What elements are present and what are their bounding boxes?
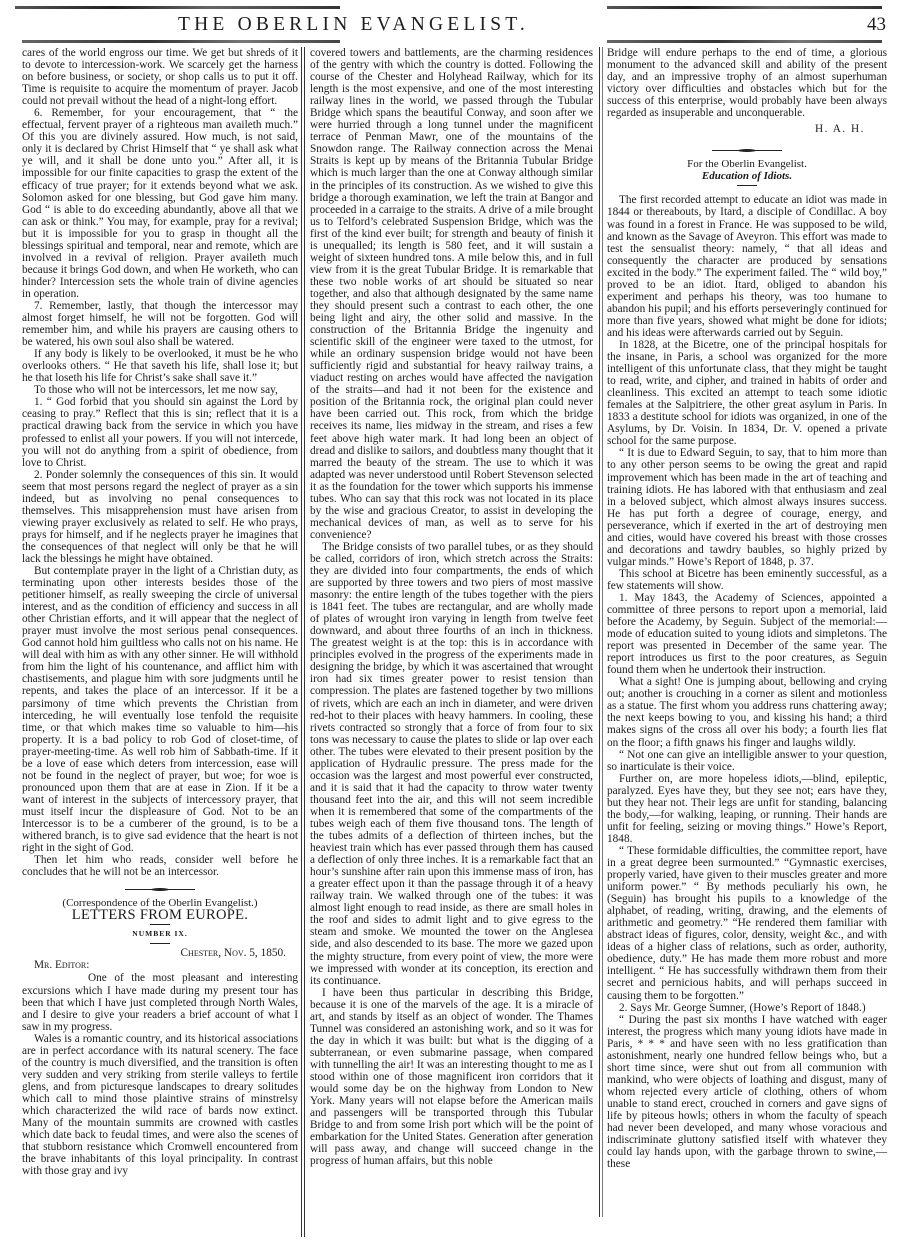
letter-dateline: Chester, Nov. 5, 1850. bbox=[22, 947, 298, 959]
article-paragraph: “ Not one can give an intelligible answe… bbox=[607, 749, 887, 773]
masthead-top-rule-right bbox=[607, 6, 882, 9]
letter-paragraph: Bridge will endure perhaps to the end of… bbox=[607, 47, 887, 119]
dateline-text: Chester, Nov. 5, 1850. bbox=[181, 947, 286, 959]
article-paragraph: Then let him who reads, consider well be… bbox=[22, 854, 298, 878]
article-paragraph: “ These formidable difficulties, the com… bbox=[607, 845, 887, 1002]
short-rule bbox=[150, 924, 170, 925]
column-3: Bridge will endure perhaps to the end of… bbox=[607, 47, 887, 1170]
article-paragraph: “ It is due to Edward Seguin, to say, th… bbox=[607, 447, 887, 567]
article-paragraph: 2. Says Mr. George Sumner, (Howe’s Repor… bbox=[607, 1002, 887, 1014]
section-ornament-rule bbox=[125, 888, 195, 891]
article-paragraph: 6. Remember, for your encouragement, tha… bbox=[22, 107, 298, 300]
column-divider bbox=[301, 47, 302, 1237]
letter-paragraph: Wales is a romantic country, and its his… bbox=[22, 1033, 298, 1178]
short-rule bbox=[150, 943, 170, 944]
article-paragraph: 2. Ponder solemnly the consequences of t… bbox=[22, 469, 298, 565]
masthead: THE OBERLIN EVANGELIST. 43 bbox=[0, 14, 900, 36]
article-heading: Education of Idiots. bbox=[607, 170, 887, 182]
article-paragraph: This school at Bicetre has been eminentl… bbox=[607, 568, 887, 592]
letter-paragraph: One of the most pleasant and interesting… bbox=[22, 972, 298, 1032]
article-paragraph: In 1828, at the Bicetre, one of the prin… bbox=[607, 339, 887, 447]
page-number: 43 bbox=[867, 14, 886, 36]
column-1: cares of the world engross our time. We … bbox=[22, 47, 298, 1177]
section-ornament-rule bbox=[712, 149, 782, 152]
article-source-line: For the Oberlin Evangelist. bbox=[607, 158, 887, 170]
masthead-bottom-rule-right bbox=[607, 40, 882, 43]
newspaper-page: THE OBERLIN EVANGELIST. 43 cares of the … bbox=[0, 0, 900, 1250]
publication-title: THE OBERLIN EVANGELIST. bbox=[178, 14, 529, 36]
letter-signature: H. A. H. bbox=[607, 123, 887, 135]
letter-paragraph: I have been thus particular in describin… bbox=[310, 987, 593, 1168]
masthead-top-rule-left bbox=[15, 6, 340, 9]
article-paragraph: To those who will not be intercessors, l… bbox=[22, 384, 298, 396]
article-paragraph: The first recorded attempt to educate an… bbox=[607, 194, 887, 339]
column-divider bbox=[304, 47, 305, 1237]
article-paragraph: 1. “ God forbid that you should sin agai… bbox=[22, 396, 298, 468]
column-divider bbox=[602, 47, 603, 1217]
letters-heading: LETTERS FROM EUROPE. bbox=[22, 909, 298, 921]
letter-paragraph: covered towers and battlements, are the … bbox=[310, 47, 593, 541]
article-paragraph: If any body is likely to be overlooked, … bbox=[22, 348, 298, 384]
short-rule bbox=[737, 185, 757, 186]
masthead-bottom-rule-left bbox=[22, 40, 340, 43]
article-paragraph: “ During the past six months I have watc… bbox=[607, 1014, 887, 1171]
article-paragraph: cares of the world engross our time. We … bbox=[22, 47, 298, 107]
letter-salutation: Mr. Editor: bbox=[22, 959, 298, 971]
letter-number: NUMBER IX. bbox=[22, 928, 298, 940]
article-paragraph: 7. Remember, lastly, that though the int… bbox=[22, 300, 298, 348]
letter-paragraph: The Bridge consists of two parallel tube… bbox=[310, 541, 593, 987]
article-paragraph: 1. May 1843, the Academy of Sciences, ap… bbox=[607, 592, 887, 676]
article-paragraph: What a sight! One is jumping about, bell… bbox=[607, 676, 887, 748]
article-paragraph: But contemplate prayer in the light of a… bbox=[22, 565, 298, 854]
article-paragraph: Further on, are more hopeless idiots,—bl… bbox=[607, 773, 887, 845]
column-divider bbox=[599, 47, 600, 1217]
column-2: covered towers and battlements, are the … bbox=[310, 47, 593, 1167]
